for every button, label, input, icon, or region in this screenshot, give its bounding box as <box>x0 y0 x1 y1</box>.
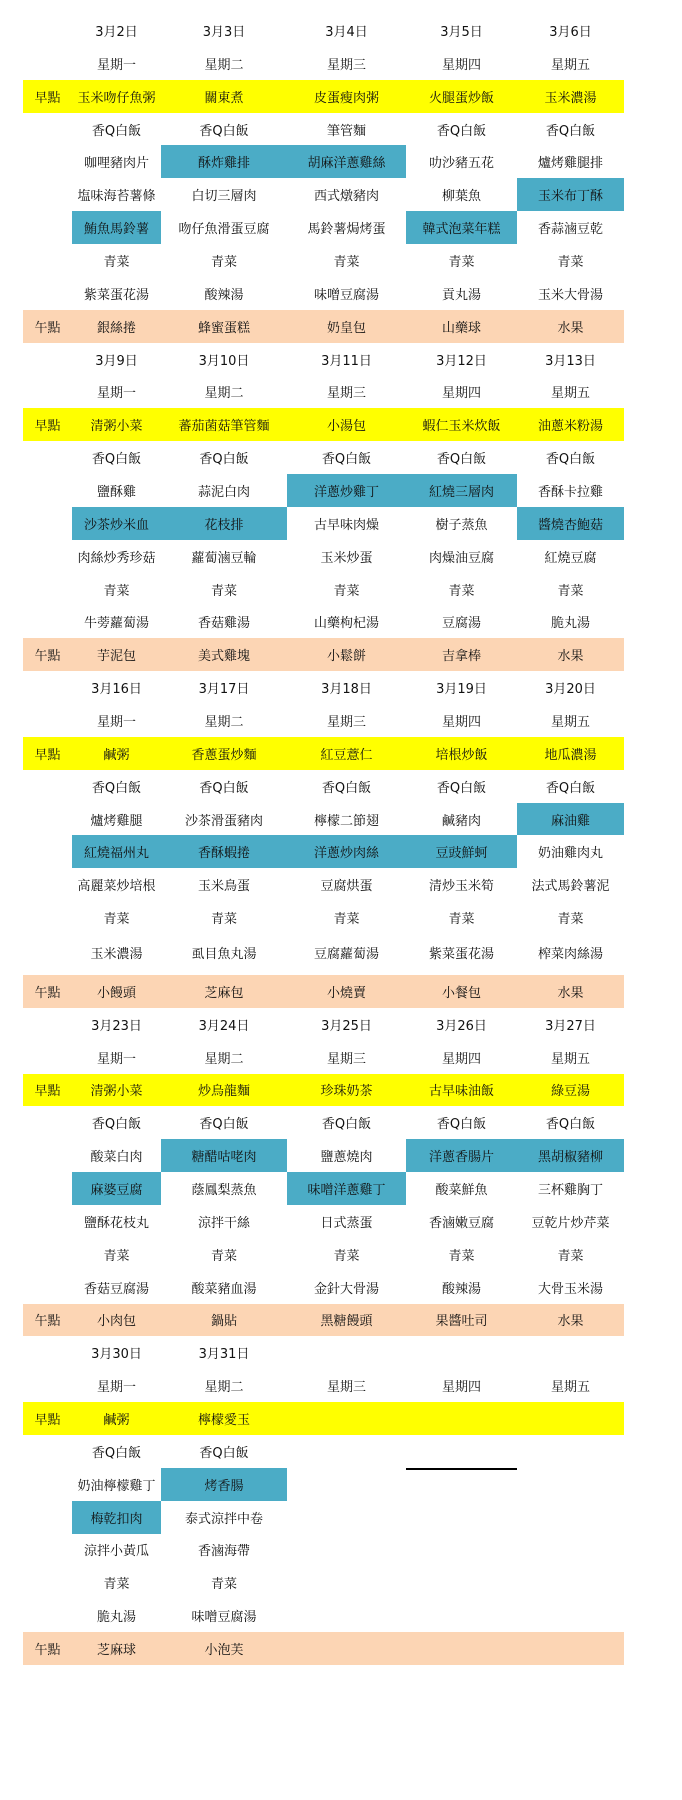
main1-cell: 胡麻洋蔥雞絲 <box>287 145 406 178</box>
side-cell: 玉米鳥蛋 <box>161 868 287 901</box>
row-label-empty <box>23 375 72 408</box>
row-label-empty <box>23 1534 72 1567</box>
main1-cell: 鹹豬肉 <box>406 803 517 836</box>
snack-cell: 美式雞塊 <box>161 638 287 671</box>
side-cell: 清炒玉米筍 <box>406 868 517 901</box>
dates-cell: 3月31日 <box>161 1336 287 1369</box>
side-cell <box>287 1534 406 1567</box>
side-cell: 玉米炒蛋 <box>287 540 406 573</box>
weekday-row: 星期一星期二星期三星期四星期五 <box>23 1041 624 1074</box>
row-label-empty <box>23 1501 72 1534</box>
main1-cell: 洋蔥香腸片 <box>406 1139 517 1172</box>
soup-row: 紫菜蛋花湯酸辣湯味噌豆腐湯貢丸湯玉米大骨湯 <box>23 277 624 310</box>
weekdays-cell: 星期一 <box>72 47 161 80</box>
lunch-menu-table: 3月2日3月3日3月4日3月5日3月6日星期一星期二星期三星期四星期五早點玉米吻… <box>23 14 624 1665</box>
breakfast-cell: 古早味油飯 <box>406 1074 517 1107</box>
main1-cell: 酥炸雞排 <box>161 145 287 178</box>
week-block: 3月2日3月3日3月4日3月5日3月6日星期一星期二星期三星期四星期五早點玉米吻… <box>23 14 624 343</box>
main1-cell: 黑胡椒豬柳 <box>517 1139 624 1172</box>
staple-cell: 香Q白飯 <box>72 1435 161 1468</box>
dates-cell: 3月24日 <box>161 1008 287 1041</box>
date-row: 3月23日3月24日3月25日3月26日3月27日 <box>23 1008 624 1041</box>
veg-cell: 青菜 <box>406 573 517 606</box>
soup-cell: 酸辣湯 <box>161 277 287 310</box>
veg-cell: 青菜 <box>287 1238 406 1271</box>
soup-cell: 紫菜蛋花湯 <box>72 277 161 310</box>
soup-row: 玉米濃湯虱目魚丸湯豆腐蘿蔔湯紫菜蛋花湯榨菜肉絲湯 <box>23 934 624 975</box>
vegetable-row: 青菜青菜青菜青菜青菜 <box>23 573 624 606</box>
veg-cell: 青菜 <box>517 244 624 277</box>
soup-cell: 味噌豆腐湯 <box>287 277 406 310</box>
staple-cell: 香Q白飯 <box>517 441 624 474</box>
side-dish-row: 涼拌小黃瓜香滷海帶 <box>23 1534 624 1567</box>
main1-cell: 叻沙豬五花 <box>406 145 517 178</box>
soup-cell: 大骨玉米湯 <box>517 1271 624 1304</box>
snack-cell: 水果 <box>517 638 624 671</box>
vegetable-row: 青菜青菜青菜青菜青菜 <box>23 244 624 277</box>
row-label-empty <box>23 178 72 211</box>
staple-cell: 香Q白飯 <box>72 113 161 146</box>
snack-row: 午點小肉包鍋貼黑糖饅頭果醬吐司水果 <box>23 1304 624 1337</box>
side-dish-row: 鹽酥花枝丸涼拌干絲日式蒸蛋香滷嫩豆腐豆乾片炒芹菜 <box>23 1205 624 1238</box>
main2-cell: 香酥蝦捲 <box>161 835 287 868</box>
breakfast-cell: 紅豆薏仁 <box>287 737 406 770</box>
side-cell: 涼拌小黃瓜 <box>72 1534 161 1567</box>
breakfast-cell: 玉米濃湯 <box>517 80 624 113</box>
breakfast-cell: 油蔥米粉湯 <box>517 408 624 441</box>
side-cell: 吻仔魚滑蛋豆腐 <box>161 211 287 244</box>
side-cell: 韓式泡菜年糕 <box>406 211 517 244</box>
row-label-empty <box>23 901 72 934</box>
date-row: 3月16日3月17日3月18日3月19日3月20日 <box>23 671 624 704</box>
dates-cell: 3月17日 <box>161 671 287 704</box>
veg-cell: 青菜 <box>72 1238 161 1271</box>
row-label-empty <box>23 113 72 146</box>
main1-cell: 香酥卡拉雞 <box>517 474 624 507</box>
date-row: 3月30日3月31日 <box>23 1336 624 1369</box>
veg-cell: 青菜 <box>72 573 161 606</box>
main-dish-row: 酸菜白肉糖醋咕咾肉鹽蔥燒肉洋蔥香腸片黑胡椒豬柳 <box>23 1139 624 1172</box>
veg-cell: 青菜 <box>72 901 161 934</box>
veg-cell: 青菜 <box>406 901 517 934</box>
date-row: 3月2日3月3日3月4日3月5日3月6日 <box>23 14 624 47</box>
second-dish-row: 梅乾扣肉泰式涼拌中卷 <box>23 1501 624 1534</box>
weekdays-cell: 星期三 <box>287 1041 406 1074</box>
row-label-empty <box>23 1041 72 1074</box>
snack-cell: 小鬆餅 <box>287 638 406 671</box>
snack-label: 午點 <box>23 975 72 1008</box>
row-label-empty <box>23 1106 72 1139</box>
main1-cell: 麻油雞 <box>517 803 624 836</box>
breakfast-cell: 培根炒飯 <box>406 737 517 770</box>
week-block: 3月30日3月31日星期一星期二星期三星期四星期五早點鹹粥檸檬愛玉香Q白飯香Q白… <box>23 1336 624 1665</box>
snack-cell: 小肉包 <box>72 1304 161 1337</box>
soup-cell: 山藥枸杞湯 <box>287 605 406 638</box>
row-label-empty <box>23 1435 72 1468</box>
breakfast-cell: 蕃茄菌菇筆管麵 <box>161 408 287 441</box>
veg-cell: 青菜 <box>161 1238 287 1271</box>
second-dish-row: 紅燒福州丸香酥蝦捲洋蔥炒肉絲豆豉鮮蚵奶油雞肉丸 <box>23 835 624 868</box>
weekdays-cell: 星期三 <box>287 375 406 408</box>
breakfast-cell: 皮蛋瘦肉粥 <box>287 80 406 113</box>
staple-cell: 香Q白飯 <box>406 113 517 146</box>
weekdays-cell: 星期五 <box>517 375 624 408</box>
staple-cell: 香Q白飯 <box>517 113 624 146</box>
main-dish-row: 奶油檸檬雞丁烤香腸 <box>23 1468 624 1501</box>
breakfast-cell: 玉米吻仔魚粥 <box>72 80 161 113</box>
weekdays-cell: 星期五 <box>517 1369 624 1402</box>
main2-cell: 西式燉豬肉 <box>287 178 406 211</box>
soup-cell: 虱目魚丸湯 <box>161 934 287 975</box>
main2-cell: 梅乾扣肉 <box>72 1501 161 1534</box>
veg-cell: 青菜 <box>517 901 624 934</box>
main2-cell: 洋蔥炒肉絲 <box>287 835 406 868</box>
snack-cell: 奶皇包 <box>287 310 406 343</box>
dates-cell <box>517 1336 624 1369</box>
dates-cell <box>287 1336 406 1369</box>
soup-cell: 酸菜豬血湯 <box>161 1271 287 1304</box>
main2-cell: 醬燒杏鮑菇 <box>517 507 624 540</box>
soup-cell: 牛蒡蘿蔔湯 <box>72 605 161 638</box>
main1-cell <box>517 1468 624 1501</box>
breakfast-cell <box>287 1402 406 1435</box>
main-dish-row: 咖哩豬肉片酥炸雞排胡麻洋蔥雞絲叻沙豬五花爐烤雞腿排 <box>23 145 624 178</box>
row-label-empty <box>23 868 72 901</box>
soup-cell: 玉米大骨湯 <box>517 277 624 310</box>
breakfast-row: 早點鹹粥香蔥蛋炒麵紅豆薏仁培根炒飯地瓜濃湯 <box>23 737 624 770</box>
date-row: 3月9日3月10日3月11日3月12日3月13日 <box>23 343 624 376</box>
main1-cell: 爐烤雞腿排 <box>517 145 624 178</box>
side-cell: 涼拌干絲 <box>161 1205 287 1238</box>
staple-row: 香Q白飯香Q白飯筆管麵香Q白飯香Q白飯 <box>23 113 624 146</box>
dates-cell: 3月18日 <box>287 671 406 704</box>
soup-cell: 香菇雞湯 <box>161 605 287 638</box>
week-block: 3月9日3月10日3月11日3月12日3月13日星期一星期二星期三星期四星期五早… <box>23 343 624 672</box>
row-label-empty <box>23 934 72 975</box>
veg-cell <box>517 1566 624 1599</box>
side-cell: 紅燒豆腐 <box>517 540 624 573</box>
row-label-empty <box>23 145 72 178</box>
breakfast-cell: 清粥小菜 <box>72 1074 161 1107</box>
side-cell: 鮪魚馬鈴薯 <box>72 211 161 244</box>
soup-cell <box>287 1599 406 1632</box>
main1-cell: 蒜泥白肉 <box>161 474 287 507</box>
veg-cell: 青菜 <box>517 1238 624 1271</box>
dates-cell: 3月3日 <box>161 14 287 47</box>
weekdays-cell: 星期二 <box>161 704 287 737</box>
staple-cell: 香Q白飯 <box>161 441 287 474</box>
weekdays-cell: 星期四 <box>406 375 517 408</box>
snack-cell: 吉拿棒 <box>406 638 517 671</box>
soup-cell: 豆腐湯 <box>406 605 517 638</box>
veg-cell <box>287 1566 406 1599</box>
week-block: 3月23日3月24日3月25日3月26日3月27日星期一星期二星期三星期四星期五… <box>23 1008 624 1337</box>
staple-cell: 筆管麵 <box>287 113 406 146</box>
breakfast-row: 早點清粥小菜炒烏龍麵珍珠奶茶古早味油飯綠豆湯 <box>23 1074 624 1107</box>
main2-cell: 樹子蒸魚 <box>406 507 517 540</box>
main1-cell <box>406 1468 517 1501</box>
main1-cell: 紅燒三層肉 <box>406 474 517 507</box>
snack-cell: 水果 <box>517 1304 624 1337</box>
main1-cell: 酸菜白肉 <box>72 1139 161 1172</box>
soup-cell: 味噌豆腐湯 <box>161 1599 287 1632</box>
soup-cell <box>406 1599 517 1632</box>
snack-cell <box>517 1632 624 1665</box>
row-label-empty <box>23 1599 72 1632</box>
breakfast-cell: 珍珠奶茶 <box>287 1074 406 1107</box>
main2-cell: 味噌洋蔥雞丁 <box>287 1172 406 1205</box>
staple-cell: 香Q白飯 <box>287 1106 406 1139</box>
main1-cell: 糖醋咕咾肉 <box>161 1139 287 1172</box>
main2-cell: 花枝排 <box>161 507 287 540</box>
soup-cell <box>517 1599 624 1632</box>
veg-cell: 青菜 <box>72 244 161 277</box>
row-label-empty <box>23 1271 72 1304</box>
main2-cell: 豆豉鮮蚵 <box>406 835 517 868</box>
dates-cell: 3月26日 <box>406 1008 517 1041</box>
breakfast-cell <box>517 1402 624 1435</box>
weekdays-cell: 星期四 <box>406 704 517 737</box>
snack-cell <box>406 1632 517 1665</box>
main2-cell: 奶油雞肉丸 <box>517 835 624 868</box>
second-dish-row: 塩味海苔薯條白切三層肉西式燉豬肉柳葉魚玉米布丁酥 <box>23 178 624 211</box>
side-cell: 鹽酥花枝丸 <box>72 1205 161 1238</box>
row-label-empty <box>23 1468 72 1501</box>
side-cell: 蘿蔔滷豆輪 <box>161 540 287 573</box>
side-cell: 高麗菜炒培根 <box>72 868 161 901</box>
veg-cell: 青菜 <box>406 1238 517 1271</box>
main2-cell: 柳葉魚 <box>406 178 517 211</box>
dates-cell: 3月20日 <box>517 671 624 704</box>
staple-row: 香Q白飯香Q白飯香Q白飯香Q白飯香Q白飯 <box>23 770 624 803</box>
row-label-empty <box>23 277 72 310</box>
soup-cell: 金針大骨湯 <box>287 1271 406 1304</box>
weekdays-cell: 星期三 <box>287 1369 406 1402</box>
dates-cell: 3月12日 <box>406 343 517 376</box>
breakfast-cell: 關東煮 <box>161 80 287 113</box>
snack-cell: 水果 <box>517 975 624 1008</box>
side-cell: 豆腐烘蛋 <box>287 868 406 901</box>
row-label-empty <box>23 671 72 704</box>
second-dish-row: 麻婆豆腐蔭鳳梨蒸魚味噌洋蔥雞丁酸菜鮮魚三杯雞胸丁 <box>23 1172 624 1205</box>
snack-cell: 黑糖饅頭 <box>287 1304 406 1337</box>
main1-cell: 鹽酥雞 <box>72 474 161 507</box>
soup-cell: 豆腐蘿蔔湯 <box>287 934 406 975</box>
row-label-empty <box>23 47 72 80</box>
staple-cell: 香Q白飯 <box>161 113 287 146</box>
staple-cell: 香Q白飯 <box>72 1106 161 1139</box>
veg-cell: 青菜 <box>517 573 624 606</box>
dates-cell: 3月25日 <box>287 1008 406 1041</box>
soup-cell: 玉米濃湯 <box>72 934 161 975</box>
main2-cell: 泰式涼拌中卷 <box>161 1501 287 1534</box>
row-label-empty <box>23 704 72 737</box>
breakfast-cell <box>406 1402 517 1435</box>
main1-cell <box>287 1468 406 1501</box>
main2-cell: 酸菜鮮魚 <box>406 1172 517 1205</box>
dates-cell: 3月27日 <box>517 1008 624 1041</box>
breakfast-label: 早點 <box>23 80 72 113</box>
weekdays-cell: 星期二 <box>161 1369 287 1402</box>
row-label-empty <box>23 835 72 868</box>
vegetable-row: 青菜青菜青菜青菜青菜 <box>23 1238 624 1271</box>
snack-cell: 山藥球 <box>406 310 517 343</box>
main2-cell <box>406 1501 517 1534</box>
staple-cell: 香Q白飯 <box>517 770 624 803</box>
row-label-empty <box>23 14 72 47</box>
breakfast-label: 早點 <box>23 408 72 441</box>
snack-cell: 銀絲捲 <box>72 310 161 343</box>
side-cell: 豆乾片炒芹菜 <box>517 1205 624 1238</box>
weekday-row: 星期一星期二星期三星期四星期五 <box>23 704 624 737</box>
breakfast-cell: 鹹粥 <box>72 737 161 770</box>
main1-cell: 檸檬二節翅 <box>287 803 406 836</box>
snack-row: 午點小饅頭芝麻包小燒賣小餐包水果 <box>23 975 624 1008</box>
main2-cell: 紅燒福州丸 <box>72 835 161 868</box>
snack-cell: 蜂蜜蛋糕 <box>161 310 287 343</box>
main1-cell: 咖哩豬肉片 <box>72 145 161 178</box>
main2-cell: 白切三層肉 <box>161 178 287 211</box>
snack-row: 午點芋泥包美式雞塊小鬆餅吉拿棒水果 <box>23 638 624 671</box>
dates-cell: 3月4日 <box>287 14 406 47</box>
dates-cell: 3月2日 <box>72 14 161 47</box>
dates-cell: 3月23日 <box>72 1008 161 1041</box>
side-cell: 馬鈴薯焗烤蛋 <box>287 211 406 244</box>
soup-cell: 脆丸湯 <box>72 1599 161 1632</box>
dates-cell: 3月5日 <box>406 14 517 47</box>
staple-cell: 香Q白飯 <box>406 770 517 803</box>
main1-cell: 鹽蔥燒肉 <box>287 1139 406 1172</box>
side-cell: 香滷嫩豆腐 <box>406 1205 517 1238</box>
main2-cell: 古早味肉燥 <box>287 507 406 540</box>
veg-cell <box>406 1566 517 1599</box>
row-label-empty <box>23 1566 72 1599</box>
breakfast-cell: 綠豆湯 <box>517 1074 624 1107</box>
row-label-empty <box>23 1205 72 1238</box>
snack-cell <box>287 1632 406 1665</box>
veg-cell: 青菜 <box>287 244 406 277</box>
row-label-empty <box>23 474 72 507</box>
snack-label: 午點 <box>23 310 72 343</box>
weekdays-cell: 星期四 <box>406 1041 517 1074</box>
staple-cell: 香Q白飯 <box>287 770 406 803</box>
breakfast-cell: 清粥小菜 <box>72 408 161 441</box>
weekday-row: 星期一星期二星期三星期四星期五 <box>23 375 624 408</box>
weekdays-cell: 星期五 <box>517 1041 624 1074</box>
main2-cell: 蔭鳳梨蒸魚 <box>161 1172 287 1205</box>
row-label-empty <box>23 1238 72 1271</box>
row-label-empty <box>23 605 72 638</box>
staple-row: 香Q白飯香Q白飯香Q白飯香Q白飯香Q白飯 <box>23 1106 624 1139</box>
soup-row: 脆丸湯味噌豆腐湯 <box>23 1599 624 1632</box>
soup-row: 牛蒡蘿蔔湯香菇雞湯山藥枸杞湯豆腐湯脆丸湯 <box>23 605 624 638</box>
soup-cell: 脆丸湯 <box>517 605 624 638</box>
soup-cell: 紫菜蛋花湯 <box>406 934 517 975</box>
snack-row: 午點銀絲捲蜂蜜蛋糕奶皇包山藥球水果 <box>23 310 624 343</box>
row-label-empty <box>23 1369 72 1402</box>
breakfast-label: 早點 <box>23 1074 72 1107</box>
row-label-empty <box>23 1336 72 1369</box>
main2-cell: 玉米布丁酥 <box>517 178 624 211</box>
weekdays-cell: 星期五 <box>517 704 624 737</box>
dates-cell <box>406 1336 517 1369</box>
staple-cell: 香Q白飯 <box>406 1106 517 1139</box>
snack-cell: 芝麻球 <box>72 1632 161 1665</box>
veg-cell: 青菜 <box>287 573 406 606</box>
weekdays-cell: 星期一 <box>72 1369 161 1402</box>
row-label-empty <box>23 573 72 606</box>
side-dish-row: 高麗菜炒培根玉米鳥蛋豆腐烘蛋清炒玉米筍法式馬鈴薯泥 <box>23 868 624 901</box>
breakfast-label: 早點 <box>23 1402 72 1435</box>
snack-cell: 小泡芙 <box>161 1632 287 1665</box>
snack-cell: 水果 <box>517 310 624 343</box>
side-cell: 香滷海帶 <box>161 1534 287 1567</box>
row-label-empty <box>23 770 72 803</box>
row-label-empty <box>23 540 72 573</box>
soup-cell: 酸辣湯 <box>406 1271 517 1304</box>
staple-cell <box>406 1435 517 1468</box>
side-cell: 肉絲炒秀珍菇 <box>72 540 161 573</box>
breakfast-cell: 蝦仁玉米炊飯 <box>406 408 517 441</box>
staple-cell <box>517 1435 624 1468</box>
side-cell: 肉燥油豆腐 <box>406 540 517 573</box>
staple-cell <box>287 1435 406 1468</box>
weekdays-cell: 星期四 <box>406 47 517 80</box>
breakfast-cell: 香蔥蛋炒麵 <box>161 737 287 770</box>
staple-cell: 香Q白飯 <box>72 441 161 474</box>
weekdays-cell: 星期二 <box>161 47 287 80</box>
staple-row: 香Q白飯香Q白飯 <box>23 1435 624 1468</box>
veg-cell: 青菜 <box>161 901 287 934</box>
staple-cell: 香Q白飯 <box>72 770 161 803</box>
veg-cell: 青菜 <box>161 1566 287 1599</box>
snack-label: 午點 <box>23 1304 72 1337</box>
breakfast-cell: 地瓜濃湯 <box>517 737 624 770</box>
snack-cell: 鍋貼 <box>161 1304 287 1337</box>
side-cell <box>517 1534 624 1567</box>
weekdays-cell: 星期一 <box>72 704 161 737</box>
breakfast-cell: 火腿蛋炒飯 <box>406 80 517 113</box>
snack-cell: 芝麻包 <box>161 975 287 1008</box>
soup-cell: 榨菜肉絲湯 <box>517 934 624 975</box>
snack-row: 午點芝麻球小泡芙 <box>23 1632 624 1665</box>
dates-cell: 3月6日 <box>517 14 624 47</box>
snack-cell: 小燒賣 <box>287 975 406 1008</box>
main1-cell: 烤香腸 <box>161 1468 287 1501</box>
row-label-empty <box>23 507 72 540</box>
breakfast-cell: 小湯包 <box>287 408 406 441</box>
snack-label: 午點 <box>23 1632 72 1665</box>
side-cell <box>406 1534 517 1567</box>
breakfast-cell: 鹹粥 <box>72 1402 161 1435</box>
main2-cell <box>287 1501 406 1534</box>
soup-cell: 香菇豆腐湯 <box>72 1271 161 1304</box>
main2-cell: 三杯雞胸丁 <box>517 1172 624 1205</box>
snack-cell: 果醬吐司 <box>406 1304 517 1337</box>
snack-cell: 小餐包 <box>406 975 517 1008</box>
staple-cell: 香Q白飯 <box>161 1106 287 1139</box>
dates-cell: 3月16日 <box>72 671 161 704</box>
staple-cell: 香Q白飯 <box>161 1435 287 1468</box>
breakfast-row: 早點鹹粥檸檬愛玉 <box>23 1402 624 1435</box>
vegetable-row: 青菜青菜青菜青菜青菜 <box>23 901 624 934</box>
vegetable-row: 青菜青菜 <box>23 1566 624 1599</box>
breakfast-cell: 檸檬愛玉 <box>161 1402 287 1435</box>
staple-cell: 香Q白飯 <box>287 441 406 474</box>
breakfast-label: 早點 <box>23 737 72 770</box>
row-label-empty <box>23 1008 72 1041</box>
main2-cell: 麻婆豆腐 <box>72 1172 161 1205</box>
